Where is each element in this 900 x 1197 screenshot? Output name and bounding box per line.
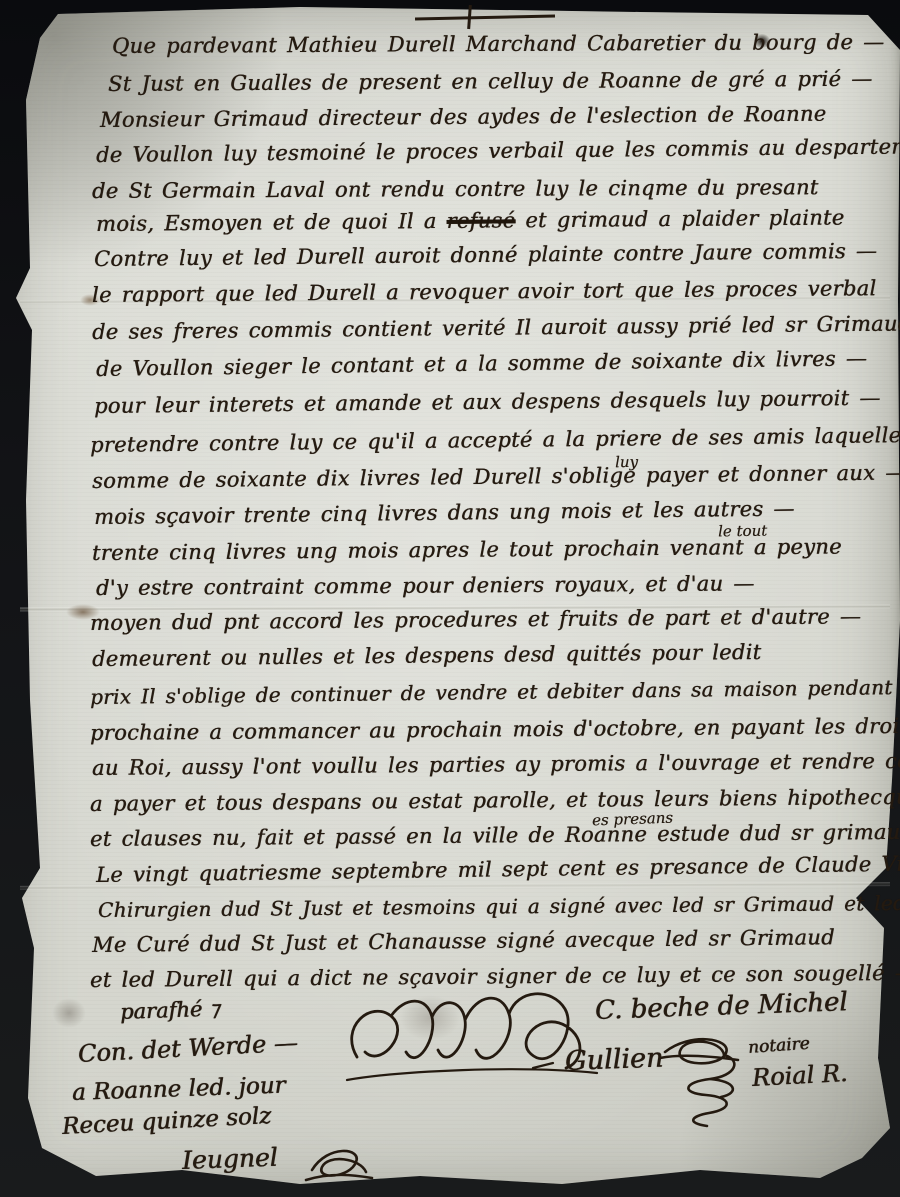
line-segment: mois, Esmoyen et de quoi Il a <box>96 209 447 236</box>
struck-word: refusé <box>446 208 515 233</box>
manuscript-line: Que pardevant Mathieu Durell Marchand Ca… <box>112 32 884 57</box>
superscript-word: es presans <box>592 811 673 829</box>
superscript-word: luy <box>615 455 638 470</box>
notary-title: notaire <box>747 1036 810 1057</box>
notary-paraph-icon <box>650 1030 745 1135</box>
scanned-manuscript-page: Que pardevant Mathieu Durell Marchand Ca… <box>0 0 900 1197</box>
signature-controller: Ieugnel <box>182 1145 278 1173</box>
notary-title: Roial R. <box>751 1061 848 1090</box>
signature-notary: Gullien <box>565 1045 664 1075</box>
superscript-word: le tout <box>718 524 767 540</box>
closing-note: parafhé ⁊ <box>120 999 220 1023</box>
manuscript-line: de St Germain Laval ont rendu contre luy… <box>92 177 819 202</box>
controller-paraph-icon <box>300 1138 380 1188</box>
line-segment: et grimaud a plaider plainte <box>515 205 844 232</box>
smudge <box>52 998 86 1028</box>
manuscript-line: St Just en Gualles de present en celluy … <box>108 69 873 95</box>
manuscript-line: Chirurgien dud St Just et tesmoins qui a… <box>98 892 900 920</box>
manuscript-line: d'y estre contraint comme pour deniers r… <box>96 573 755 599</box>
